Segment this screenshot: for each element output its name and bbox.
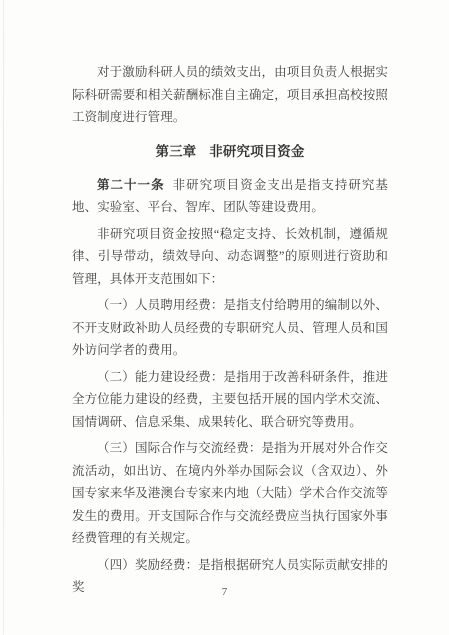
paragraph-performance-pay: 对于激励科研人员的绩效支出，由项目负责人根据实际科研需要和相关薪酬标准自主确定，…: [72, 61, 388, 129]
paragraph-item-2-capacity-building: （二）能力建设经费：是指用于改善科研条件，推进全方位能力建设的经费，主要包括开展…: [72, 366, 388, 434]
chapter-heading: 第三章非研究项目资金: [72, 142, 388, 162]
paragraph-principles: 非研究项目资金按照“稳定支持、长效机制，遵循规律、引导带动，绩效导向、动态调整”…: [72, 223, 388, 291]
chapter-title: 非研究项目资金: [209, 144, 304, 159]
page-content: 对于激励科研人员的绩效支出，由项目负责人根据实际科研需要和相关薪酬标准自主确定，…: [72, 61, 388, 603]
chapter-number: 第三章: [155, 144, 196, 159]
paragraph-item-3-international-cooperation: （三）国际合作与交流经费：是指为开展对外合作交流活动，如出访、在境内外举办国际会…: [72, 437, 388, 550]
article-21-label: 第二十一条: [97, 178, 165, 192]
scanned-document-page: 对于激励科研人员的绩效支出，由项目负责人根据实际科研需要和相关薪酬标准自主确定，…: [0, 0, 449, 635]
paragraph-item-1-personnel-hiring: （一）人员聘用经费：是指支付给聘用的编制以外、不开支财政补助人员经费的专职研究人…: [72, 294, 388, 362]
paragraph-article-21: 第二十一条非研究项目资金支出是指支持研究基地、实验室、平台、智库、团队等建设费用…: [72, 174, 388, 219]
page-number: 7: [0, 586, 449, 598]
scan-artifact-line: [3, 0, 4, 635]
